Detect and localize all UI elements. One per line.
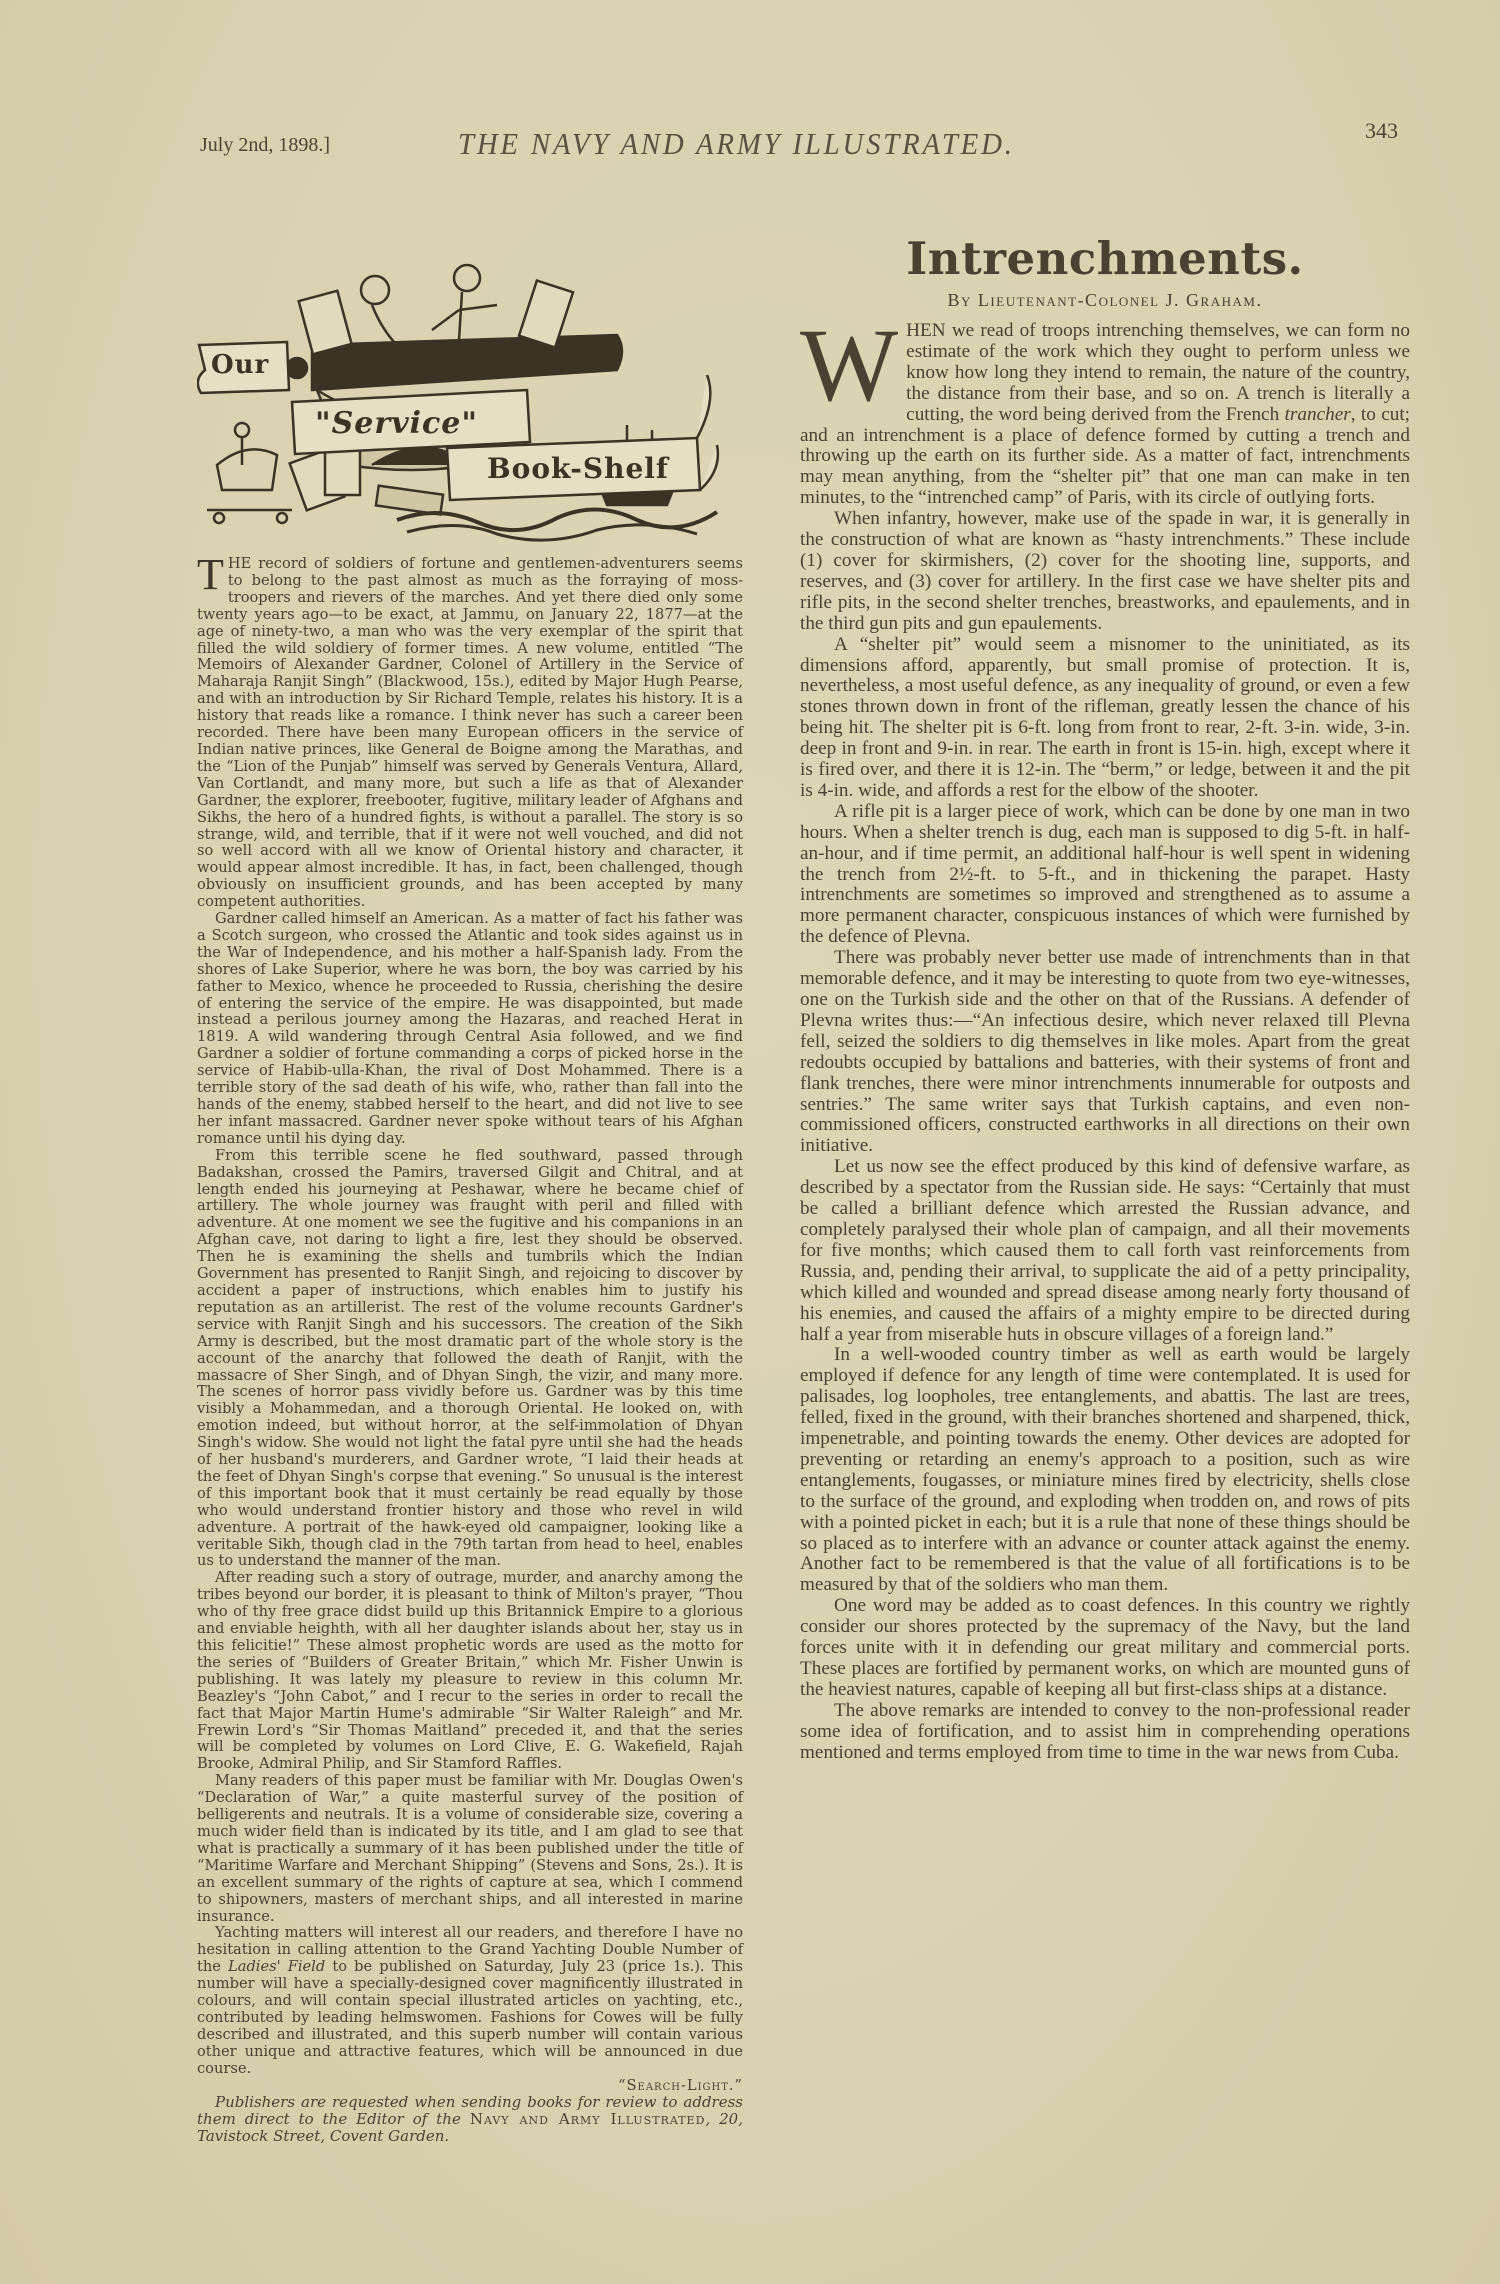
article-body: WHEN we read of troops intrenching thems… [800, 321, 1410, 1764]
issue-date: July 2nd, 1898.] [200, 134, 330, 157]
banner-word-bookshelf: Book-Shelf [487, 452, 669, 485]
bookshelf-paragraph: Many readers of this paper must be famil… [197, 1773, 743, 1925]
newspaper-page: July 2nd, 1898.] THE NAVY AND ARMY ILLUS… [0, 0, 1500, 2284]
article-paragraph: A “shelter pit” would seem a misnomer to… [800, 635, 1410, 802]
article-paragraph: A rifle pit is a larger piece of work, w… [800, 802, 1410, 948]
article-paragraph: One word may be added as to coast defenc… [800, 1596, 1410, 1701]
article-column: Intrenchments. By Lieutenant-Colonel J. … [800, 232, 1410, 1764]
publisher-note: Publishers are requested when sending bo… [197, 2094, 743, 2145]
article-paragraph: In a well-wooded country timber as well … [800, 1345, 1410, 1596]
bookshelf-paragraph: Gardner called himself an American. As a… [197, 911, 743, 1148]
cannon-books-illustration-icon [197, 250, 737, 550]
bookshelf-paragraph: After reading such a story of outrage, m… [197, 1570, 743, 1773]
yachting-paragraph: Yachting matters will interest all our r… [197, 1925, 743, 2077]
bookshelf-illustration: Our "Service" Book-Shelf [197, 250, 737, 550]
running-header: July 2nd, 1898.] THE NAVY AND ARMY ILLUS… [196, 122, 1436, 162]
bookshelf-column: Our "Service" Book-Shelf [197, 250, 743, 550]
dropcap-letter: W [800, 325, 898, 407]
publication-title: THE NAVY AND ARMY ILLUSTRATED. [458, 126, 1015, 162]
ladies-field-title: Ladies' Field [228, 1958, 325, 1975]
page-number: 343 [1365, 118, 1398, 144]
bookshelf-text: THE record of soldiers of fortune and ge… [197, 556, 743, 2145]
article-paragraph: There was probably never better use made… [800, 948, 1410, 1157]
author-signature: “Search-Light.” [197, 2078, 743, 2095]
banner-word-our: Our [211, 350, 269, 380]
article-paragraph: When infantry, however, make use of the … [800, 509, 1410, 634]
article-paragraph: The above remarks are intended to convey… [800, 1701, 1410, 1764]
dropcap-letter: T [197, 558, 224, 592]
article-paragraph: WHEN we read of troops intrenching thems… [800, 321, 1410, 509]
bookshelf-paragraph: From this terrible scene he fled southwa… [197, 1148, 743, 1571]
article-paragraph: Let us now see the effect produced by th… [800, 1157, 1410, 1345]
banner-word-service: "Service" [315, 406, 478, 441]
bookshelf-paragraph: THE record of soldiers of fortune and ge… [197, 556, 743, 911]
article-title: Intrenchments. [800, 232, 1410, 286]
